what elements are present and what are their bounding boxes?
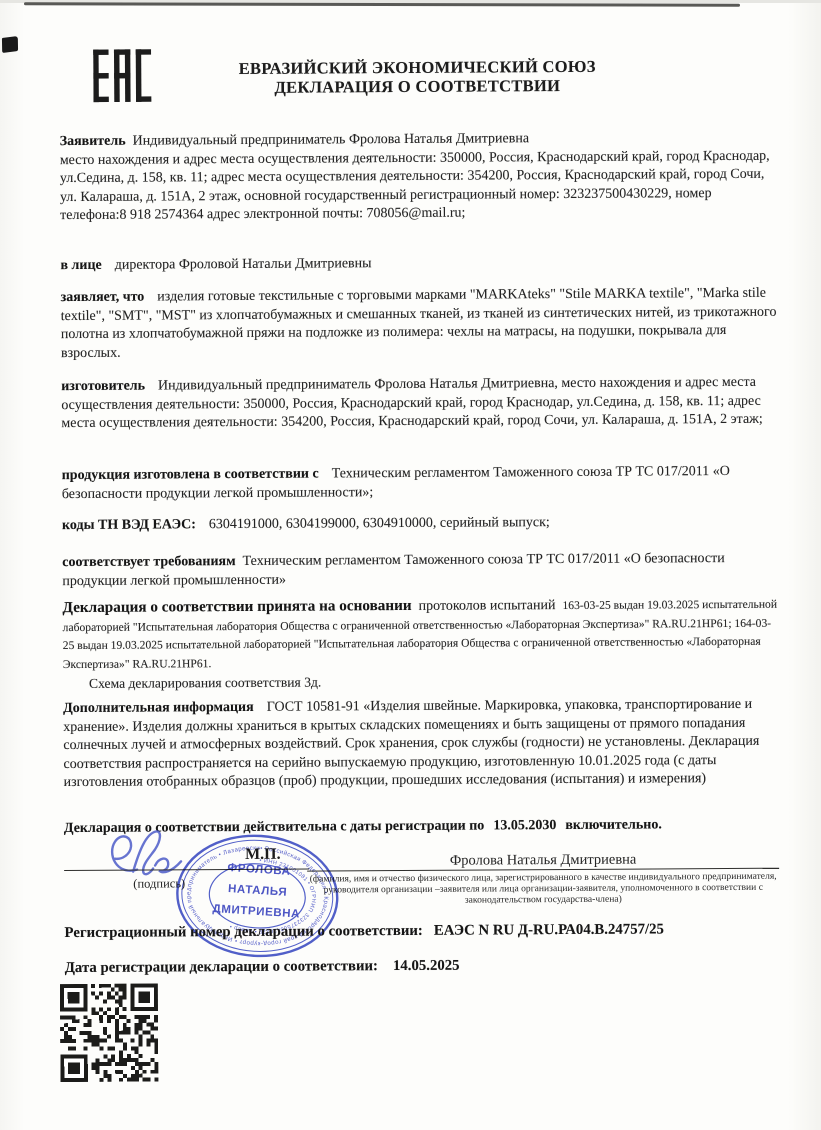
complies-label: соответствует требованиям [62, 554, 235, 570]
declarant-paragraph: ЗаявительИндивидуальный предприниматель … [60, 129, 778, 226]
declares-label: заявляет, что [61, 290, 145, 306]
registration-date-label: Дата регистрации декларации о соответств… [65, 958, 378, 976]
manufacturer-label: изготовитель [61, 379, 145, 395]
registration-number-value: ЕАЭС N RU Д-RU.РА04.В.24757/25 [434, 921, 664, 938]
declares-paragraph: заявляет, чтоизделия готовые текстильные… [61, 285, 778, 364]
declares-text: изделия готовые текстильные с торговыми … [61, 286, 777, 361]
tnved-codes: 6304191000, 6304199000, 6304910000, сери… [209, 515, 550, 532]
additional-info-label: Дополнительная информация [63, 700, 254, 716]
basis-label: Декларация о соответствии принята на осн… [62, 597, 411, 616]
eac-mark-logo [93, 48, 151, 104]
scanned-declaration-page: ЕВРАЗИЙСКИЙ ЭКОНОМИЧЕСКИЙ СОЮЗ ДЕКЛАРАЦИ… [0, 0, 821, 1130]
represented-by-text: директора Фроловой Натальи Дмитриевны [115, 256, 372, 273]
declarant-name: Индивидуальный предприниматель Фролова Н… [133, 131, 529, 148]
document-title: ЕВРАЗИЙСКИЙ ЭКОНОМИЧЕСКИЙ СОЮЗ ДЕКЛАРАЦИ… [177, 56, 657, 97]
registration-number-line: Регистрационный номер декларации о соотв… [64, 921, 781, 942]
tnved-paragraph: коды ТН ВЭД ЕАЭС:6304191000, 6304199000,… [62, 513, 779, 536]
basis-intro: протоколов испытаний [419, 598, 556, 614]
declarant-details: место нахождения и адрес места осуществл… [60, 148, 770, 223]
tnved-label: коды ТН ВЭД ЕАЭС: [62, 517, 196, 533]
title-line2: ДЕКЛАРАЦИЯ О СООТВЕТСТВИИ [177, 75, 657, 97]
basis-paragraph: Декларация о соответствии принята на осн… [62, 595, 780, 694]
represented-by-label: в лице [60, 258, 101, 273]
manufacturer-paragraph: изготовительИндивидуальный предпринимате… [61, 374, 778, 434]
validity-date: 13.05.2030 [493, 818, 556, 833]
validity-text-after: включительно. [565, 817, 662, 833]
manufacturer-text: Индивидуальный предприниматель Фролова Н… [61, 375, 763, 431]
accordance-paragraph: продукция изготовлена в соответствии сТе… [62, 463, 779, 505]
signer-name-caption: (фамилия, имя и отчество физического лиц… [305, 872, 781, 907]
registration-number-label: Регистрационный номер декларации о соотв… [64, 923, 422, 941]
additional-info-paragraph: Дополнительная информацияГОСТ 10581-91 «… [63, 696, 781, 793]
round-stamp: • Российская Федерация • Краснодарский к… [166, 825, 348, 966]
qr-code [60, 983, 159, 1082]
represented-by-paragraph: в лицедиректора Фроловой Натальи Дмитрие… [60, 253, 777, 276]
title-line1: ЕВРАЗИЙСКИЙ ЭКОНОМИЧЕСКИЙ СОЮЗ [177, 56, 657, 78]
registration-date-line: Дата регистрации декларации о соответств… [65, 956, 782, 977]
registration-date-value: 14.05.2025 [393, 958, 460, 974]
stamp-name-line2: НАТАЛЬЯ [228, 883, 288, 899]
basis-scheme: Схема декларирования соответствия 3д. [63, 671, 780, 694]
accordance-label: продукция изготовлена в соответствии с [62, 466, 319, 483]
document-content: ЕВРАЗИЙСКИЙ ЭКОНОМИЧЕСКИЙ СОЮЗ ДЕКЛАРАЦИ… [0, 0, 821, 1130]
declarant-label: Заявитель [60, 134, 126, 149]
complies-paragraph: соответствует требованиямТехническим рег… [62, 550, 779, 592]
